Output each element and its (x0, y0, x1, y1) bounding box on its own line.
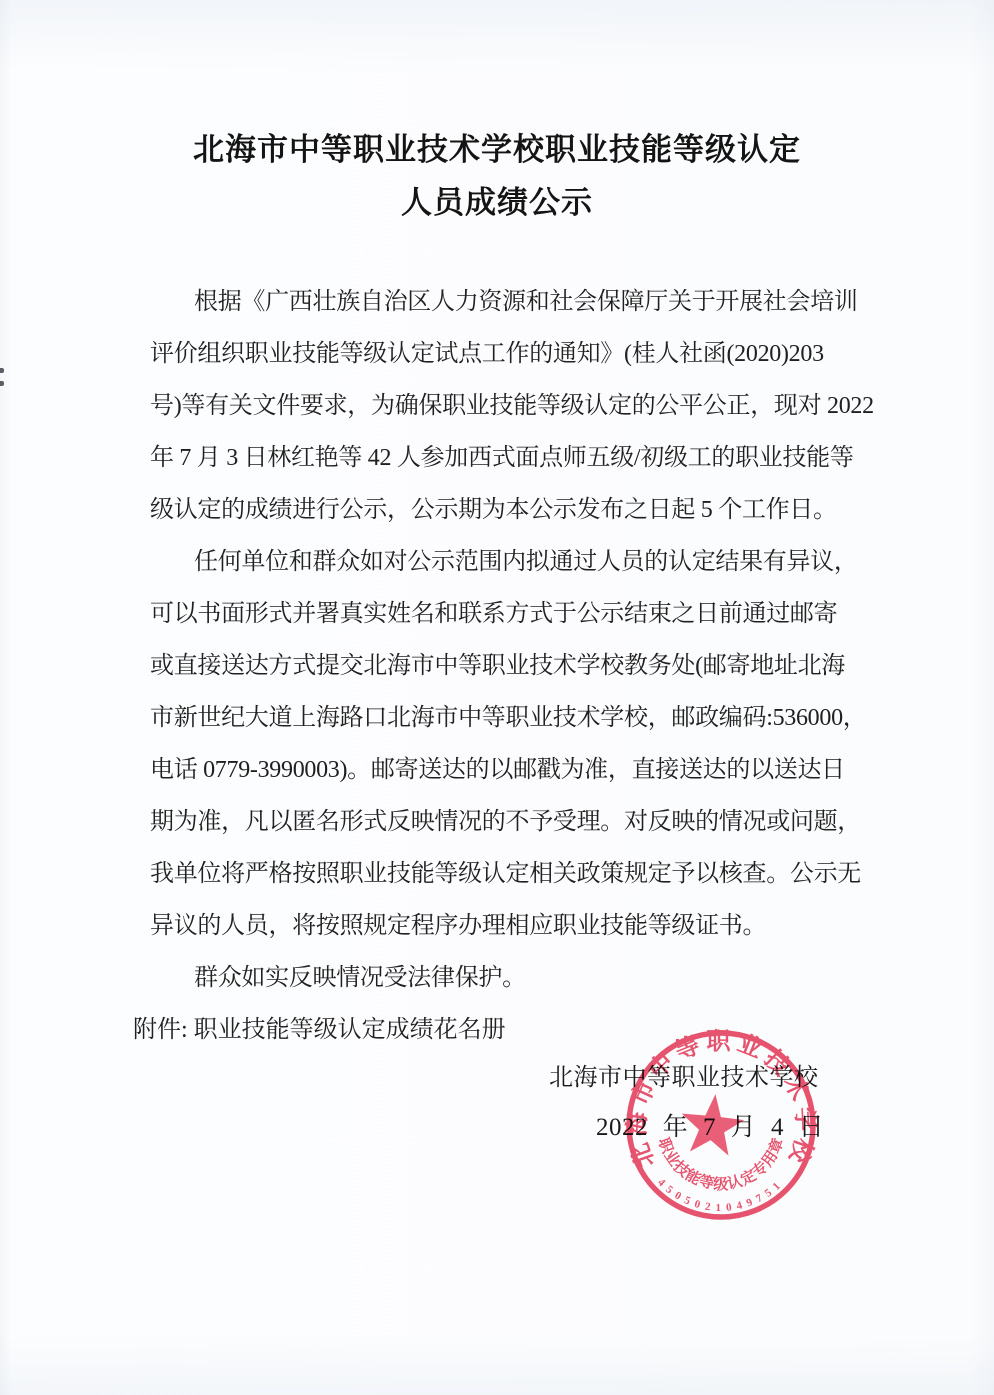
notice-title-line1: 北海市中等职业技术学校职业技能等级认定 (0, 124, 994, 169)
notice-body: 根据《广西壮族自治区人力资源和社会保障厅关于开展社会培训评价组织职业技能等级认定… (150, 276, 866, 1004)
body-line: 号)等有关文件要求，为确保职业技能等级认定的公平公正，现对 2022 (150, 380, 866, 432)
scan-edge-mark (0, 368, 4, 373)
body-line: 群众如实反映情况受法律保护。 (150, 952, 866, 1004)
notice-title-line2: 人员成绩公示 (0, 177, 994, 222)
body-line: 评价组织职业技能等级认定试点工作的通知》(桂人社函(2020)203 (150, 328, 866, 380)
body-line: 年 7 月 3 日林红艳等 42 人参加西式面点师五级/初级工的职业技能等 (150, 432, 866, 484)
body-line: 异议的人员，将按照规定程序办理相应职业技能等级证书。 (150, 900, 866, 952)
body-line: 电话 0779-3990003)。邮寄送达的以邮戳为准，直接送达的以送达日 (150, 744, 866, 796)
attachment-line: 附件: 职业技能等级认定成绩花名册 (133, 1004, 506, 1056)
body-line: 可以书面形式并署真实姓名和联系方式于公示结束之日前通过邮寄 (150, 588, 866, 640)
scanned-notice-page: 北海市中等职业技术学校职业技能等级认定 人员成绩公示 根据《广西壮族自治区人力资… (0, 0, 994, 1395)
body-line: 我单位将严格按照职业技能等级认定相关政策规定予以核查。公示无 (150, 848, 866, 900)
body-line: 市新世纪大道上海路口北海市中等职业技术学校，邮政编码:536000， (150, 692, 866, 744)
scan-edge-mark (0, 381, 4, 386)
signature-org: 北海市中等职业技术学校 (549, 1062, 819, 1094)
seal-outer-text: 北海市中等职业技术学校 (623, 1028, 818, 1171)
seal-serial-number: 4505021049751 (655, 1177, 787, 1214)
body-line: 任何单位和群众如对公示范围内拟通过人员的认定结果有异议， (150, 536, 866, 588)
body-line: 根据《广西壮族自治区人力资源和社会保障厅关于开展社会培训 (150, 276, 866, 328)
body-line: 级认定的成绩进行公示，公示期为本公示发布之日起 5 个工作日。 (150, 484, 866, 536)
body-line: 期为准，凡以匿名形式反映情况的不予受理。对反映的情况或问题， (150, 796, 866, 848)
body-line: 或直接送达方式提交北海市中等职业技术学校教务处(邮寄地址北海 (150, 640, 866, 692)
signature-date: 2022 年 7 月 4 日 (596, 1112, 824, 1144)
